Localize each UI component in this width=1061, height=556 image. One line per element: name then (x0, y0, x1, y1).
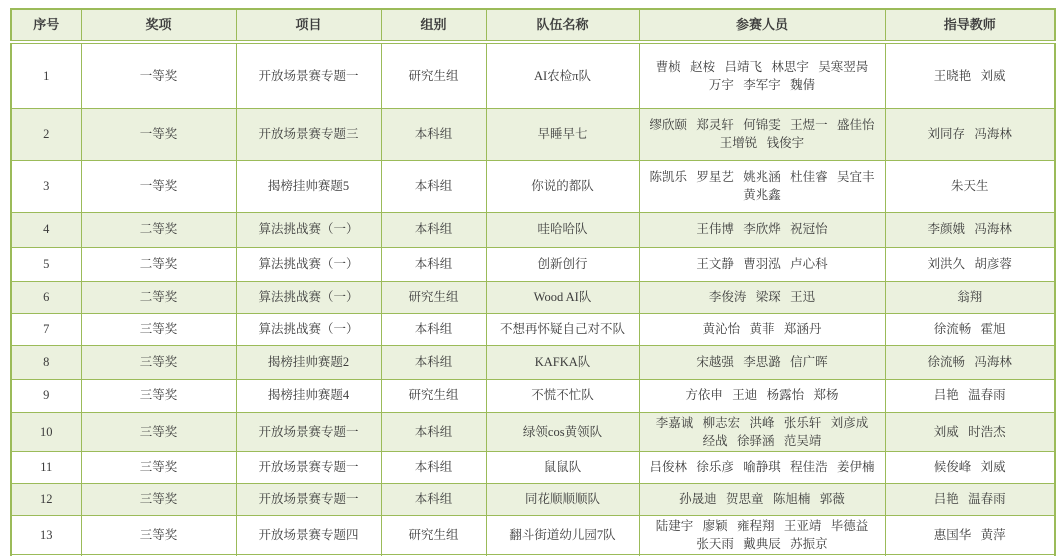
team-name-cell: 同花顺顺顺队 (486, 483, 639, 515)
index-cell: 2 (11, 108, 81, 160)
table-row: 10三等奖开放场景赛专题一本科组绿领cos黄领队李嘉诚 柳志宏 洪峰 张乐轩 刘… (11, 412, 1055, 451)
participants-line: 陈凯乐 罗星艺 姚兆涵 杜佳睿 吴宜丰 (644, 168, 881, 186)
participants-line: 经战 徐驿涵 范吴靖 (644, 432, 881, 450)
participants-cell: 陈凯乐 罗星艺 姚兆涵 杜佳睿 吴宜丰黄兆鑫 (639, 160, 885, 212)
participants-cell: 王文静 曹羽泓 卢心科 (639, 247, 885, 281)
team-name-cell: 早睡早七 (486, 108, 639, 160)
award-cell: 三等奖 (81, 345, 236, 379)
group-cell: 研究生组 (381, 379, 486, 412)
project-cell: 算法挑战赛（一） (236, 247, 381, 281)
index-cell: 7 (11, 313, 81, 345)
participants-line: 陆建宇 廖颖 雍程翔 王亚靖 毕德益 (644, 517, 881, 535)
participants-cell: 李俊涛 梁琛 王迅 (639, 281, 885, 313)
participants-line: 李嘉诚 柳志宏 洪峰 张乐轩 刘彦成 (644, 414, 881, 432)
group-cell: 本科组 (381, 313, 486, 345)
participants-line: 曹桢 赵桉 吕靖飞 林思宇 吴寒翌昺 (644, 58, 881, 76)
participants-cell: 宋越强 李思潞 信广晖 (639, 345, 885, 379)
group-cell: 本科组 (381, 108, 486, 160)
project-cell: 开放场景赛专题一 (236, 451, 381, 483)
col-header-index: 序号 (11, 9, 81, 42)
table-row: 13三等奖开放场景赛专题四研究生组翻斗街道幼儿园7队陆建宇 廖颖 雍程翔 王亚靖… (11, 515, 1055, 554)
advisors-cell: 候俊峰 刘威 (885, 451, 1055, 483)
group-cell: 本科组 (381, 412, 486, 451)
award-cell: 二等奖 (81, 281, 236, 313)
index-cell: 1 (11, 42, 81, 108)
team-name-cell: 绿领cos黄领队 (486, 412, 639, 451)
award-cell: 一等奖 (81, 108, 236, 160)
team-name-cell: 鼠鼠队 (486, 451, 639, 483)
award-cell: 二等奖 (81, 247, 236, 281)
project-cell: 开放场景赛专题一 (236, 412, 381, 451)
advisors-cell: 李颜娥 冯海林 (885, 212, 1055, 247)
table-row: 11三等奖开放场景赛专题一本科组鼠鼠队吕俊林 徐乐彦 喻静琪 程佳浩 姜伊楠候俊… (11, 451, 1055, 483)
participants-line: 李俊涛 梁琛 王迅 (644, 288, 881, 306)
table-row: 8三等奖揭榜挂帅赛题2本科组KAFKA队宋越强 李思潞 信广晖徐流畅 冯海林 (11, 345, 1055, 379)
table-row: 9三等奖揭榜挂帅赛题4研究生组不慌不忙队方依申 王迪 杨露怡 郑杨吕艳 温春雨 (11, 379, 1055, 412)
team-name-cell: 创新创行 (486, 247, 639, 281)
participants-line: 宋越强 李思潞 信广晖 (644, 353, 881, 371)
participants-line: 方依申 王迪 杨露怡 郑杨 (644, 386, 881, 404)
table-row: 2一等奖开放场景赛专题三本科组早睡早七缪欣颐 郑灵轩 何锦雯 王煜一 盛佳怡王增… (11, 108, 1055, 160)
table-row: 12三等奖开放场景赛专题一本科组同花顺顺顺队孙晟迪 贺思童 陈旭楠 郭薇吕艳 温… (11, 483, 1055, 515)
table-row: 5二等奖算法挑战赛（一）本科组创新创行王文静 曹羽泓 卢心科刘洪久 胡彦蓉 (11, 247, 1055, 281)
advisors-cell: 刘同存 冯海林 (885, 108, 1055, 160)
awards-table: 序号奖项项目组别队伍名称参赛人员指导教师 1一等奖开放场景赛专题一研究生组AI农… (10, 8, 1056, 556)
project-cell: 揭榜挂帅赛题4 (236, 379, 381, 412)
advisors-cell: 徐流畅 霍旭 (885, 313, 1055, 345)
project-cell: 算法挑战赛（一） (236, 281, 381, 313)
participants-cell: 方依申 王迪 杨露怡 郑杨 (639, 379, 885, 412)
group-cell: 本科组 (381, 345, 486, 379)
participants-cell: 陆建宇 廖颖 雍程翔 王亚靖 毕德益张天雨 戴典辰 苏振京 (639, 515, 885, 554)
index-cell: 12 (11, 483, 81, 515)
project-cell: 开放场景赛专题一 (236, 42, 381, 108)
col-header-project: 项目 (236, 9, 381, 42)
award-cell: 一等奖 (81, 160, 236, 212)
participants-line: 黄兆鑫 (644, 186, 881, 204)
award-cell: 二等奖 (81, 212, 236, 247)
award-cell: 三等奖 (81, 379, 236, 412)
award-cell: 三等奖 (81, 313, 236, 345)
team-name-cell: 翻斗街道幼儿园7队 (486, 515, 639, 554)
index-cell: 6 (11, 281, 81, 313)
participants-line: 万宇 李军宇 魏倩 (644, 76, 881, 94)
group-cell: 研究生组 (381, 281, 486, 313)
group-cell: 本科组 (381, 451, 486, 483)
table-row: 1一等奖开放场景赛专题一研究生组AI农检π队曹桢 赵桉 吕靖飞 林思宇 吴寒翌昺… (11, 42, 1055, 108)
index-cell: 3 (11, 160, 81, 212)
group-cell: 本科组 (381, 212, 486, 247)
index-cell: 9 (11, 379, 81, 412)
project-cell: 算法挑战赛（一） (236, 212, 381, 247)
col-header-team: 队伍名称 (486, 9, 639, 42)
advisors-cell: 王晓艳 刘威 (885, 42, 1055, 108)
participants-cell: 黄沁怡 黄菲 郑涵丹 (639, 313, 885, 345)
project-cell: 算法挑战赛（一） (236, 313, 381, 345)
project-cell: 开放场景赛专题一 (236, 483, 381, 515)
index-cell: 8 (11, 345, 81, 379)
award-cell: 三等奖 (81, 483, 236, 515)
advisors-cell: 徐流畅 冯海林 (885, 345, 1055, 379)
advisors-cell: 刘洪久 胡彦蓉 (885, 247, 1055, 281)
group-cell: 本科组 (381, 483, 486, 515)
table-header: 序号奖项项目组别队伍名称参赛人员指导教师 (11, 9, 1055, 42)
advisors-cell: 翁翔 (885, 281, 1055, 313)
participants-line: 王文静 曹羽泓 卢心科 (644, 255, 881, 273)
participants-cell: 李嘉诚 柳志宏 洪峰 张乐轩 刘彦成经战 徐驿涵 范吴靖 (639, 412, 885, 451)
team-name-cell: 你说的都队 (486, 160, 639, 212)
project-cell: 开放场景赛专题三 (236, 108, 381, 160)
col-header-group: 组别 (381, 9, 486, 42)
advisors-cell: 吕艳 温春雨 (885, 483, 1055, 515)
participants-line: 王伟博 李欣烨 祝冠怡 (644, 220, 881, 238)
index-cell: 10 (11, 412, 81, 451)
award-cell: 三等奖 (81, 451, 236, 483)
advisors-cell: 朱天生 (885, 160, 1055, 212)
table-row: 6二等奖算法挑战赛（一）研究生组Wood AI队李俊涛 梁琛 王迅翁翔 (11, 281, 1055, 313)
participants-cell: 吕俊林 徐乐彦 喻静琪 程佳浩 姜伊楠 (639, 451, 885, 483)
advisors-cell: 刘威 时浩杰 (885, 412, 1055, 451)
col-header-participants: 参赛人员 (639, 9, 885, 42)
table-row: 3一等奖揭榜挂帅赛题5本科组你说的都队陈凯乐 罗星艺 姚兆涵 杜佳睿 吴宜丰黄兆… (11, 160, 1055, 212)
team-name-cell: 不慌不忙队 (486, 379, 639, 412)
award-cell: 三等奖 (81, 515, 236, 554)
participants-line: 缪欣颐 郑灵轩 何锦雯 王煜一 盛佳怡 (644, 116, 881, 134)
index-cell: 5 (11, 247, 81, 281)
col-header-advisors: 指导教师 (885, 9, 1055, 42)
participants-line: 吕俊林 徐乐彦 喻静琪 程佳浩 姜伊楠 (644, 458, 881, 476)
participants-line: 黄沁怡 黄菲 郑涵丹 (644, 320, 881, 338)
team-name-cell: KAFKA队 (486, 345, 639, 379)
team-name-cell: 不想再怀疑自己对不队 (486, 313, 639, 345)
award-cell: 一等奖 (81, 42, 236, 108)
advisors-cell: 惠国华 黄萍 (885, 515, 1055, 554)
project-cell: 揭榜挂帅赛题5 (236, 160, 381, 212)
table-row: 4二等奖算法挑战赛（一）本科组哇哈哈队王伟博 李欣烨 祝冠怡李颜娥 冯海林 (11, 212, 1055, 247)
project-cell: 开放场景赛专题四 (236, 515, 381, 554)
group-cell: 研究生组 (381, 515, 486, 554)
project-cell: 揭榜挂帅赛题2 (236, 345, 381, 379)
group-cell: 研究生组 (381, 42, 486, 108)
team-name-cell: 哇哈哈队 (486, 212, 639, 247)
group-cell: 本科组 (381, 160, 486, 212)
participants-line: 孙晟迪 贺思童 陈旭楠 郭薇 (644, 490, 881, 508)
table-body: 1一等奖开放场景赛专题一研究生组AI农检π队曹桢 赵桉 吕靖飞 林思宇 吴寒翌昺… (11, 42, 1055, 556)
participants-cell: 孙晟迪 贺思童 陈旭楠 郭薇 (639, 483, 885, 515)
participants-cell: 缪欣颐 郑灵轩 何锦雯 王煜一 盛佳怡王增锐 钱俊宇 (639, 108, 885, 160)
participants-line: 王增锐 钱俊宇 (644, 134, 881, 152)
header-row: 序号奖项项目组别队伍名称参赛人员指导教师 (11, 9, 1055, 42)
table-row: 7三等奖算法挑战赛（一）本科组不想再怀疑自己对不队黄沁怡 黄菲 郑涵丹徐流畅 霍… (11, 313, 1055, 345)
team-name-cell: Wood AI队 (486, 281, 639, 313)
index-cell: 11 (11, 451, 81, 483)
index-cell: 4 (11, 212, 81, 247)
index-cell: 13 (11, 515, 81, 554)
participants-cell: 王伟博 李欣烨 祝冠怡 (639, 212, 885, 247)
group-cell: 本科组 (381, 247, 486, 281)
team-name-cell: AI农检π队 (486, 42, 639, 108)
award-cell: 三等奖 (81, 412, 236, 451)
participants-line: 张天雨 戴典辰 苏振京 (644, 535, 881, 553)
col-header-award: 奖项 (81, 9, 236, 42)
participants-cell: 曹桢 赵桉 吕靖飞 林思宇 吴寒翌昺万宇 李军宇 魏倩 (639, 42, 885, 108)
advisors-cell: 吕艳 温春雨 (885, 379, 1055, 412)
